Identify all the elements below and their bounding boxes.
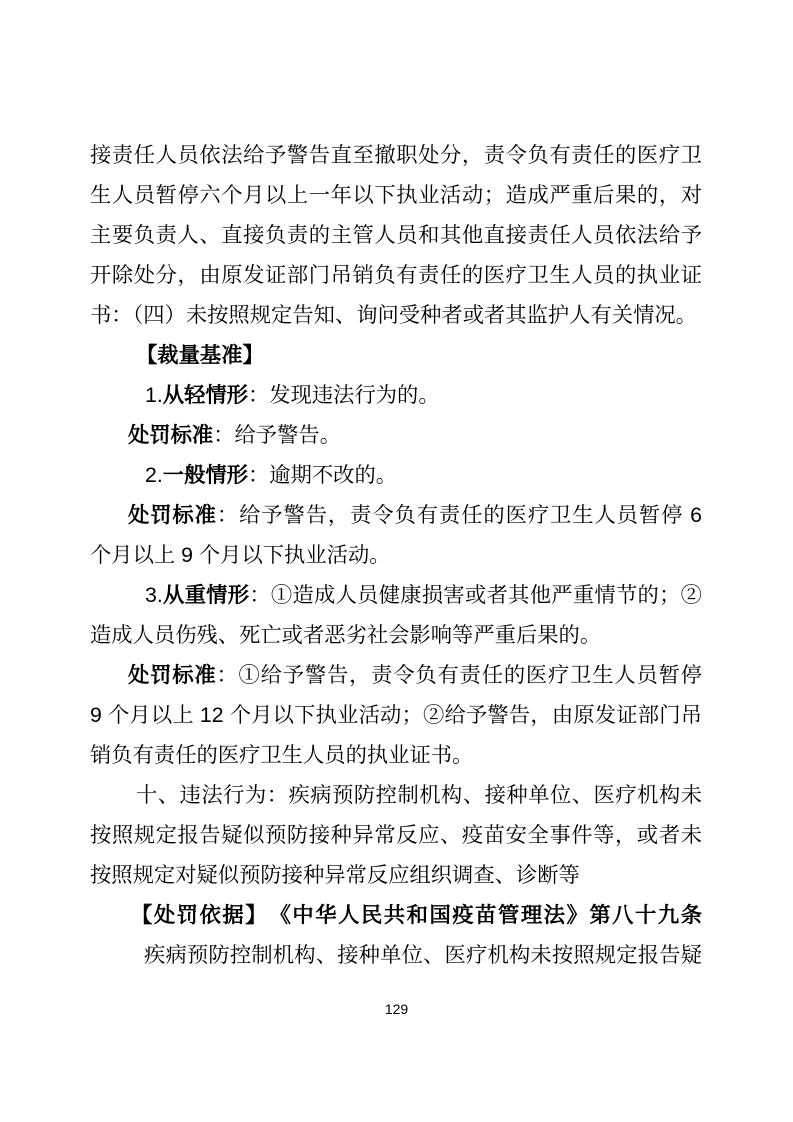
text-segment: 按照规定对疑似预防接种异常反应组织调查、诊断等 xyxy=(90,863,580,887)
text-line: 【裁量基准】 xyxy=(90,335,702,375)
text-segment-bold: 从轻情形 xyxy=(163,383,248,407)
text-line: 销负有责任的医疗卫生人员的执业证书。 xyxy=(90,735,702,775)
text-line: 9 个月以上 12 个月以下执业活动；②给予警告，由原发证部门吊 xyxy=(90,695,702,735)
text-segment: ：给予警告，责令负有责任的医疗卫生人员暂停 6 xyxy=(217,503,702,527)
text-segment-bold: 处罚标准 xyxy=(128,663,216,687)
text-segment-bold: 【裁量基准】 xyxy=(136,343,264,367)
text-segment: 开除处分，由原发证部门吊销负有责任的医疗卫生人员的执业证 xyxy=(90,263,702,287)
text-segment: 十、违法行为：疾病预防控制机构、接种单位、医疗机构未 xyxy=(136,783,702,807)
text-segment: 主要负责人、直接负责的主管人员和其他直接责任人员依法给予 xyxy=(90,223,702,247)
text-segment: 按照规定报告疑似预防接种异常反应、疫苗安全事件等，或者未 xyxy=(90,823,702,847)
text-segment: 2. xyxy=(145,463,163,487)
text-line: 2.一般情形：逾期不改的。 xyxy=(90,455,702,495)
text-segment-bold: 处罚标准 xyxy=(128,503,217,527)
text-segment: ：给予警告。 xyxy=(213,423,341,447)
text-segment: 造成人员伤残、死亡或者恶劣社会影响等严重后果的。 xyxy=(90,623,601,647)
text-line: 处罚标准：给予警告，责令负有责任的医疗卫生人员暂停 6 xyxy=(90,495,702,535)
text-segment-bold: 一般情形 xyxy=(163,463,248,487)
text-segment: 3. xyxy=(145,583,163,607)
text-segment: ：逾期不改的。 xyxy=(248,463,397,487)
text-segment: 个月以上 9 个月以下执业活动。 xyxy=(90,543,391,567)
text-line: 书：（四）未按照规定告知、询问受种者或者其监护人有关情况。 xyxy=(90,295,702,335)
text-segment-bold: 处罚标准 xyxy=(128,423,213,447)
text-line: 【处罚依据】 《中华人民共和国疫苗管理法》第八十九条 xyxy=(90,895,702,935)
text-segment: ：①造成人员健康损害或者其他严重情节的；② xyxy=(249,583,702,607)
text-segment: ：①给予警告，责令负有责任的医疗卫生人员暂停 xyxy=(216,663,702,687)
text-segment: 销负有责任的医疗卫生人员的执业证书。 xyxy=(90,743,473,767)
text-line: 十、违法行为：疾病预防控制机构、接种单位、医疗机构未 xyxy=(90,775,702,815)
text-line: 按照规定对疑似预防接种异常反应组织调查、诊断等 xyxy=(90,855,702,895)
document-body: 接责任人员依法给予警告直至撤职处分，责令负有责任的医疗卫生人员暂停六个月以上一年… xyxy=(90,135,702,975)
page-footer: 129 xyxy=(0,1000,793,1018)
text-line: 造成人员伤残、死亡或者恶劣社会影响等严重后果的。 xyxy=(90,615,702,655)
text-line: 1.从轻情形：发现违法行为的。 xyxy=(90,375,702,415)
text-segment: 1. xyxy=(145,383,163,407)
text-line: 按照规定报告疑似预防接种异常反应、疫苗安全事件等，或者未 xyxy=(90,815,702,855)
text-segment: 9 个月以上 12 个月以下执业活动；②给予警告，由原发证部门吊 xyxy=(90,703,702,727)
text-line: 生人员暂停六个月以上一年以下执业活动；造成严重后果的，对 xyxy=(90,175,702,215)
text-line: 3.从重情形：①造成人员健康损害或者其他严重情节的；② xyxy=(90,575,702,615)
text-line: 处罚标准：①给予警告，责令负有责任的医疗卫生人员暂停 xyxy=(90,655,702,695)
text-line: 个月以上 9 个月以下执业活动。 xyxy=(90,535,702,575)
text-line: 开除处分，由原发证部门吊销负有责任的医疗卫生人员的执业证 xyxy=(90,255,702,295)
text-segment: 接责任人员依法给予警告直至撤职处分，责令负有责任的医疗卫 xyxy=(90,143,702,167)
text-segment-bold: 【处罚依据】 《中华人民共和国疫苗管理法》第八十九条 xyxy=(131,903,702,927)
text-segment-bold: 从重情形 xyxy=(163,583,250,607)
text-line: 主要负责人、直接负责的主管人员和其他直接责任人员依法给予 xyxy=(90,215,702,255)
document-page: 接责任人员依法给予警告直至撤职处分，责令负有责任的医疗卫生人员暂停六个月以上一年… xyxy=(0,0,793,1122)
text-segment: 生人员暂停六个月以上一年以下执业活动；造成严重后果的，对 xyxy=(90,183,702,207)
text-line: 接责任人员依法给予警告直至撤职处分，责令负有责任的医疗卫 xyxy=(90,135,702,175)
text-line: 疾病预防控制机构、接种单位、医疗机构未按照规定报告疑 xyxy=(90,935,702,975)
text-segment: 疾病预防控制机构、接种单位、医疗机构未按照规定报告疑 xyxy=(144,943,702,967)
text-segment: 书：（四）未按照规定告知、询问受种者或者其监护人有关情况。 xyxy=(90,303,697,327)
page-number: 129 xyxy=(385,1001,408,1017)
text-line: 处罚标准：给予警告。 xyxy=(90,415,702,455)
text-segment: ：发现违法行为的。 xyxy=(248,383,440,407)
